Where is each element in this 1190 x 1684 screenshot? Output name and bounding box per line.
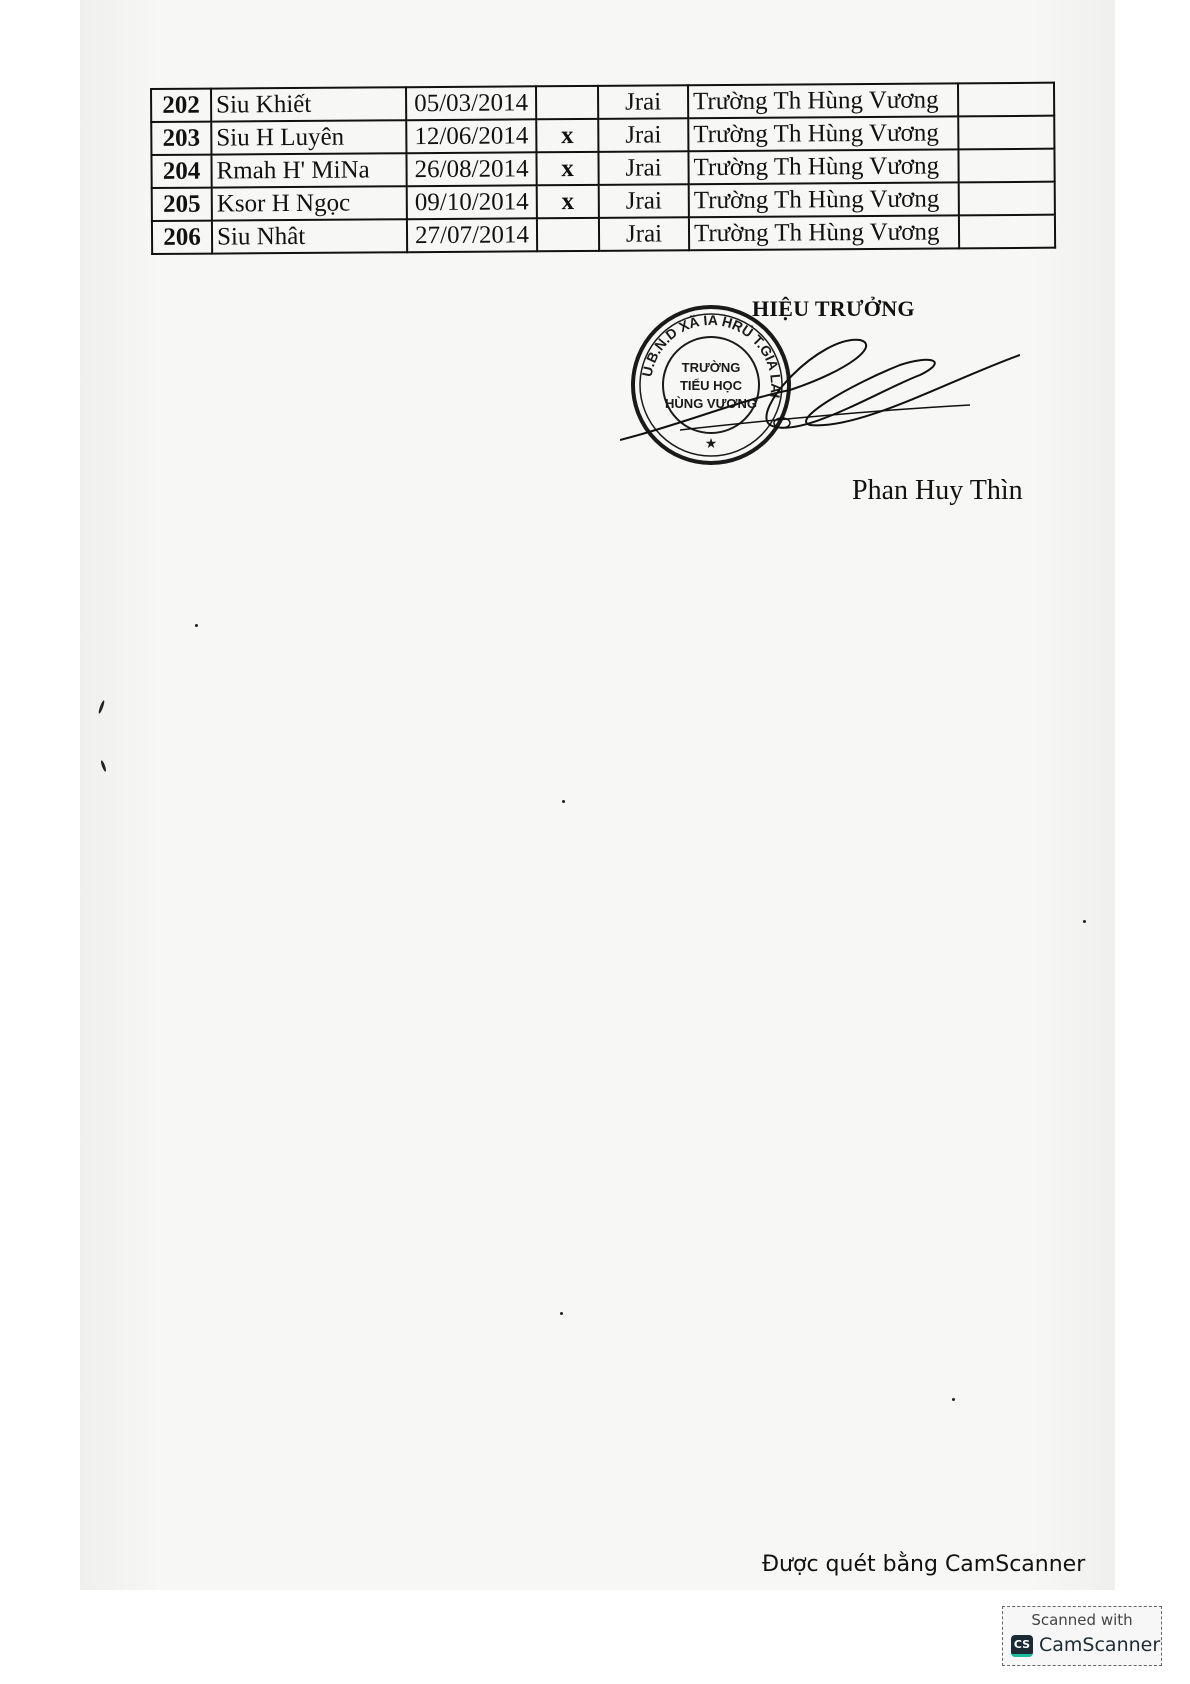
table-row: 206Siu Nhât27/07/2014JraiTrường Th Hùng … (152, 215, 1055, 254)
cell-mark: x (536, 119, 598, 152)
cell-mark: x (536, 152, 598, 185)
scan-speck (1083, 920, 1086, 923)
camscanner-badge: Scanned with CS CamScanner (1002, 1606, 1162, 1666)
signature-icon (620, 330, 1020, 470)
cell-name: Rmah H' MiNa (211, 153, 406, 187)
cell-no: 204 (151, 155, 211, 188)
cell-dob: 05/03/2014 (406, 86, 536, 120)
cell-school: Trường Th Hùng Vương (689, 182, 959, 217)
cell-mark: x (537, 185, 599, 218)
cell-dob: 26/08/2014 (406, 152, 536, 186)
cell-name: Siu H Luyên (211, 120, 406, 154)
cell-school: Trường Th Hùng Vương (689, 215, 959, 250)
cell-name: Ksor H Ngọc (212, 186, 407, 220)
camscanner-logo-icon: CS (1011, 1635, 1033, 1657)
cell-ethnicity: Jrai (599, 184, 689, 218)
cell-dob: 09/10/2014 (407, 185, 537, 219)
cell-note (959, 215, 1055, 249)
cell-dob: 27/07/2014 (407, 218, 537, 252)
signer-name: Phan Huy Thìn (852, 475, 1023, 507)
cell-ethnicity: Jrai (598, 151, 688, 185)
cell-mark (537, 218, 599, 251)
cell-ethnicity: Jrai (598, 85, 688, 119)
cell-school: Trường Th Hùng Vương (688, 149, 958, 184)
cell-no: 203 (151, 122, 211, 155)
cell-no: 202 (151, 89, 211, 122)
cell-ethnicity: Jrai (599, 217, 689, 251)
cell-dob: 12/06/2014 (406, 119, 536, 153)
scan-speck (195, 624, 198, 627)
badge-line-2: CamScanner (1039, 1634, 1160, 1656)
scan-speck (952, 1398, 955, 1401)
scan-speck (562, 800, 565, 803)
signature-title: HIỆU TRƯỞNG (752, 296, 915, 322)
cell-note (958, 149, 1054, 183)
cell-name: Siu Khiết (211, 87, 406, 121)
cell-note (958, 116, 1054, 150)
cell-note (959, 182, 1055, 216)
cell-no: 205 (152, 188, 212, 221)
cell-no: 206 (152, 221, 212, 254)
cell-school: Trường Th Hùng Vương (688, 116, 958, 151)
cell-school: Trường Th Hùng Vương (688, 83, 958, 118)
cell-note (958, 83, 1054, 117)
scan-speck (560, 1312, 563, 1315)
cell-mark (536, 86, 598, 119)
cell-name: Siu Nhât (212, 219, 407, 253)
scan-caption: Được quét bằng CamScanner (762, 1552, 1085, 1577)
student-table: 202Siu Khiết05/03/2014JraiTrường Th Hùng… (150, 82, 1056, 255)
badge-line-1: Scanned with (1003, 1611, 1161, 1629)
cell-ethnicity: Jrai (598, 118, 688, 152)
